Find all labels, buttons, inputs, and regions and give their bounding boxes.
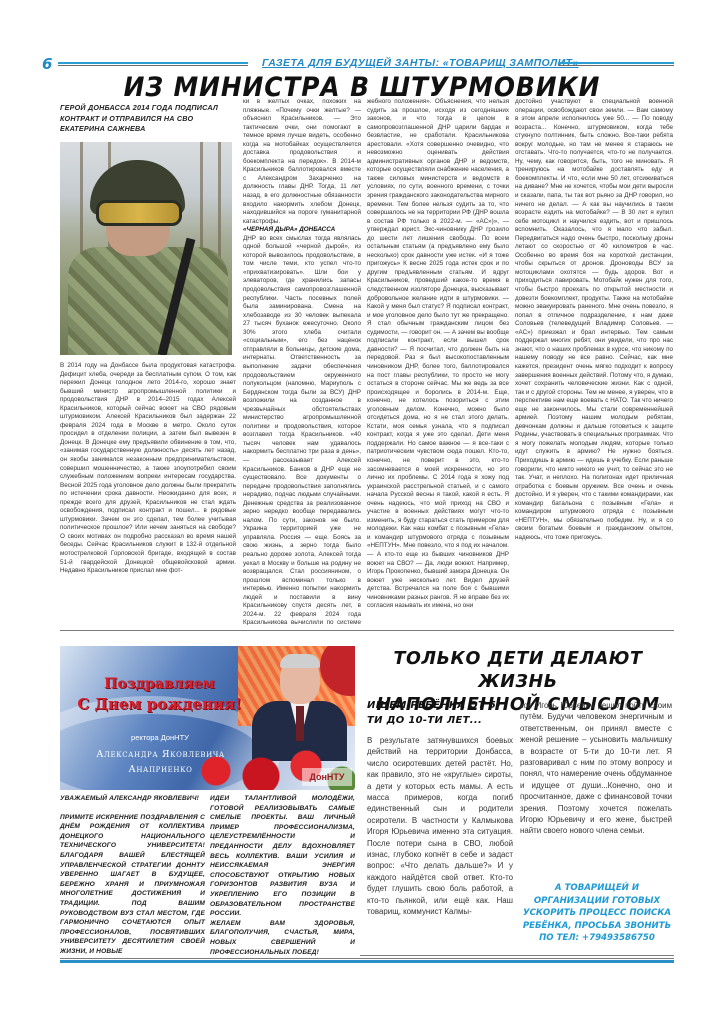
contact-appeal: А ТОВАРИЩЕЙ И ОРГАНИЗАЦИИ ГОТОВЫХ УСКОРИ… bbox=[522, 882, 672, 945]
rector-name-line2: Анаприенко bbox=[68, 764, 253, 775]
section-title: ГАЗЕТА ДЛЯ БУДУЩЕЙ ЗАНТЫ: «ТОВАРИЩ ЗАМПО… bbox=[262, 57, 579, 69]
lead-text: ГЕРОЙ ДОНБАССА 2014 ГОДА ПОДПИСАЛ КОНТРА… bbox=[60, 103, 235, 124]
article-column-1: В 2014 году на Донбассе была продуктовая… bbox=[60, 362, 236, 624]
header-rule-right bbox=[558, 62, 674, 66]
column-text: ки в желтых очках, похожих на пляжные. «… bbox=[243, 98, 361, 226]
greeting-column-left: УВАЖАЕМЫЙ АЛЕКСАНДР ЯКОВЛЕВИЧ! ПРИМИТЕ И… bbox=[60, 794, 205, 957]
article-lead: ГЕРОЙ ДОНБАССА 2014 ГОДА ПОДПИСАЛ КОНТРА… bbox=[60, 103, 235, 135]
article2-bottom-rule bbox=[360, 955, 674, 956]
article2-column-left: В результате затянувшихся боевых действи… bbox=[367, 735, 513, 918]
birthday-banner: ДонНТУ Поздравляем С Днем рождения! рект… bbox=[60, 646, 355, 790]
column-text: жебного положения». Объяснения, что нель… bbox=[367, 98, 509, 611]
page-footer-rule bbox=[60, 958, 674, 963]
article-column-2: ки в желтых очках, похожих на пляжные. «… bbox=[243, 98, 361, 625]
greeting-text: ПРИМИТЕ ИСКРЕННИЕ ПОЗДРАВЛЕНИЯ С ДНЁМ РО… bbox=[60, 814, 205, 955]
soldier-photo bbox=[60, 142, 232, 355]
rector-name-line1: Александра Яковлевича bbox=[68, 749, 253, 760]
article2-column-right: ков Игорь Юрьевич решил пойти своим путё… bbox=[520, 700, 672, 837]
greeting-column-right: ИДЕИ ТАЛАНТЛИВОЙ МОЛОДЁЖИ, ГОТОВОЙ РЕАЛИ… bbox=[210, 794, 355, 957]
subheading: «ЧЕРНАЯ ДЫРА» ДОНБАССА bbox=[243, 226, 361, 235]
congrats-heading: Поздравляем С Днем рождения! bbox=[72, 674, 247, 714]
greeting-salutation: УВАЖАЕМЫЙ АЛЕКСАНДР ЯКОВЛЕВИЧ! bbox=[60, 794, 205, 804]
column-text: достойно участвуют в специальной военной… bbox=[515, 98, 673, 542]
page-header: 6 ГАЗЕТА ДЛЯ БУДУЩЕЙ ЗАНТЫ: «ТОВАРИЩ ЗАМ… bbox=[42, 58, 672, 72]
university-logo: ДонНТУ bbox=[302, 768, 352, 786]
author-byline: ЕКАТЕРИНА САЖНЕВА bbox=[60, 124, 235, 135]
article2-subheadline: ИЩЕМ РЕБЁНКА ОТ 5-ТИ ДО 10-ТИ ЛЕТ... bbox=[367, 698, 512, 728]
column-text: В 2014 году на Донбассе была продуктовая… bbox=[60, 362, 236, 576]
column-text: ДНР во всех смыслах тогда являлась одной… bbox=[243, 235, 361, 625]
article-column-3: жебного положения». Объяснения, что нель… bbox=[367, 98, 509, 625]
section-divider bbox=[60, 630, 674, 631]
header-rule-left bbox=[58, 62, 248, 66]
greeting-text: ИДЕИ ТАЛАНТЛИВОЙ МОЛОДЁЖИ, ГОТОВОЙ РЕАЛИ… bbox=[210, 795, 355, 917]
greeting-wishes: ЖЕЛАЕМ ВАМ ЗДОРОВЬЯ, БЛАГОПОЛУЧИЯ, СЧАСТ… bbox=[210, 920, 355, 956]
page-number: 6 bbox=[42, 55, 52, 73]
article-column-4: достойно участвуют в специальной военной… bbox=[515, 98, 673, 625]
rector-label: ректора ДонНТУ bbox=[100, 733, 220, 742]
rector-portrait bbox=[252, 656, 347, 756]
goggles-shape bbox=[96, 200, 182, 226]
